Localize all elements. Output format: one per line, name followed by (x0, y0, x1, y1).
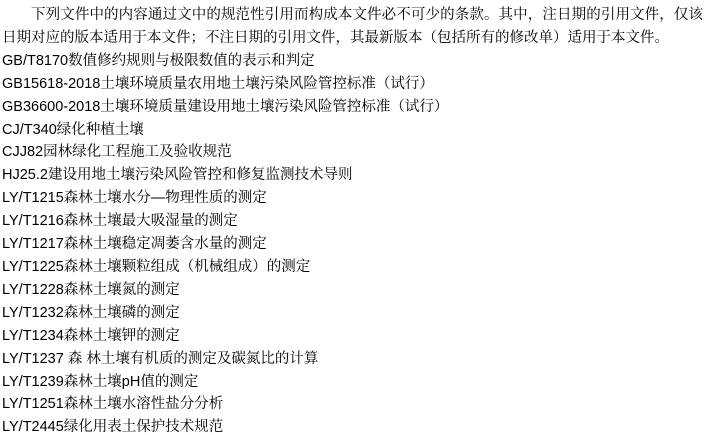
reference-line: CJJ82园林绿化工程施工及验收规范 (2, 141, 703, 164)
reference-line: LY/T1234森林土壤钾的测定 (2, 325, 703, 348)
reference-line: GB/T8170数值修约规则与极限数值的表示和判定 (2, 50, 703, 73)
reference-line: GB36600-2018土壤环境质量建设用地土壤污染风险管控标准（试行） (2, 96, 703, 119)
reference-line: LY/T1228森林土壤氮的测定 (2, 279, 703, 302)
intro-paragraph: 下列文件中的内容通过文中的规范性引用而构成本文件必不可少的条款。其中，注日期的引… (2, 4, 703, 50)
reference-line: LY/T1216森林土壤最大吸湿量的测定 (2, 210, 703, 233)
reference-line: LY/T1232森林土壤磷的测定 (2, 302, 703, 325)
document-body: 下列文件中的内容通过文中的规范性引用而构成本文件必不可少的条款。其中，注日期的引… (0, 0, 705, 435)
reference-line: LY/T2445绿化用表土保护技术规范 (2, 416, 703, 435)
references-list: GB/T8170数值修约规则与极限数值的表示和判定GB15618-2018土壤环… (2, 50, 703, 435)
reference-line: CJ/T340绿化种植土壤 (2, 119, 703, 142)
reference-line: LY/T1237 森 林土壤有机质的测定及碳氮比的计算 (2, 348, 703, 371)
reference-line: GB15618-2018土壤环境质量农用地土壤污染风险管控标准（试行） (2, 73, 703, 96)
reference-line: LY/T1215森林土壤水分—物理性质的测定 (2, 187, 703, 210)
reference-line: LY/T1217森林土壤稳定凋萎含水量的测定 (2, 233, 703, 256)
reference-line: LY/T1251森林土壤水溶性盐分分析 (2, 393, 703, 416)
reference-line: LY/T1239森林土壤pH值的测定 (2, 371, 703, 394)
reference-line: HJ25.2建设用地土壤污染风险管控和修复监测技术导则 (2, 164, 703, 187)
reference-line: LY/T1225森林土壤颗粒组成（机械组成）的测定 (2, 256, 703, 279)
